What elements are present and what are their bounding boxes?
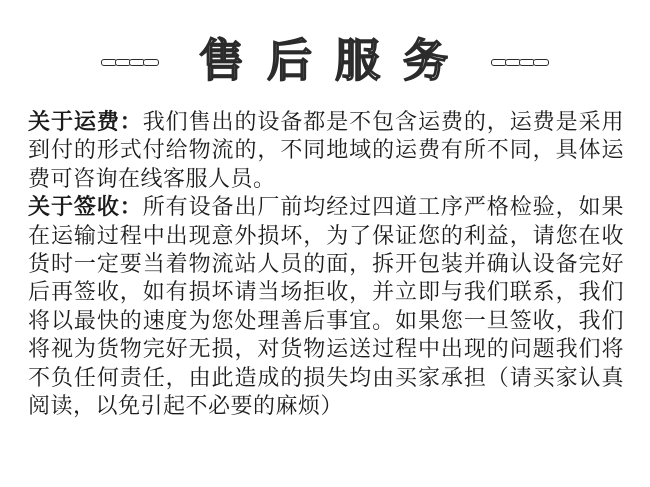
left-dashes-icon	[101, 59, 159, 66]
paragraph-signing: 关于签收：所有设备出厂前均经过四道工序严格检验，如果在运输过程中出现意外损坏，为…	[28, 193, 624, 420]
page-title-svg: 售后服务	[175, 28, 475, 92]
paragraph-shipping: 关于运费：我们售出的设备都是不包含运费的，运费是采用到付的形式付给物流的，不同地…	[28, 108, 624, 193]
paragraph-signing-lead: 关于签收：	[28, 194, 143, 219]
paragraph-signing-body: 所有设备出厂前均经过四道工序严格检验，如果在运输过程中出现意外损坏，为了保证您的…	[28, 194, 624, 418]
dash-icon	[143, 59, 159, 66]
paragraph-shipping-lead: 关于运费：	[28, 109, 143, 134]
dash-icon	[533, 59, 549, 66]
page-title: 售后服务	[199, 35, 471, 86]
page-header: 售后服务	[0, 28, 650, 92]
after-sales-text: 关于运费：我们售出的设备都是不包含运费的，运费是采用到付的形式付给物流的，不同地…	[28, 108, 624, 420]
right-dashes-icon	[491, 59, 549, 66]
